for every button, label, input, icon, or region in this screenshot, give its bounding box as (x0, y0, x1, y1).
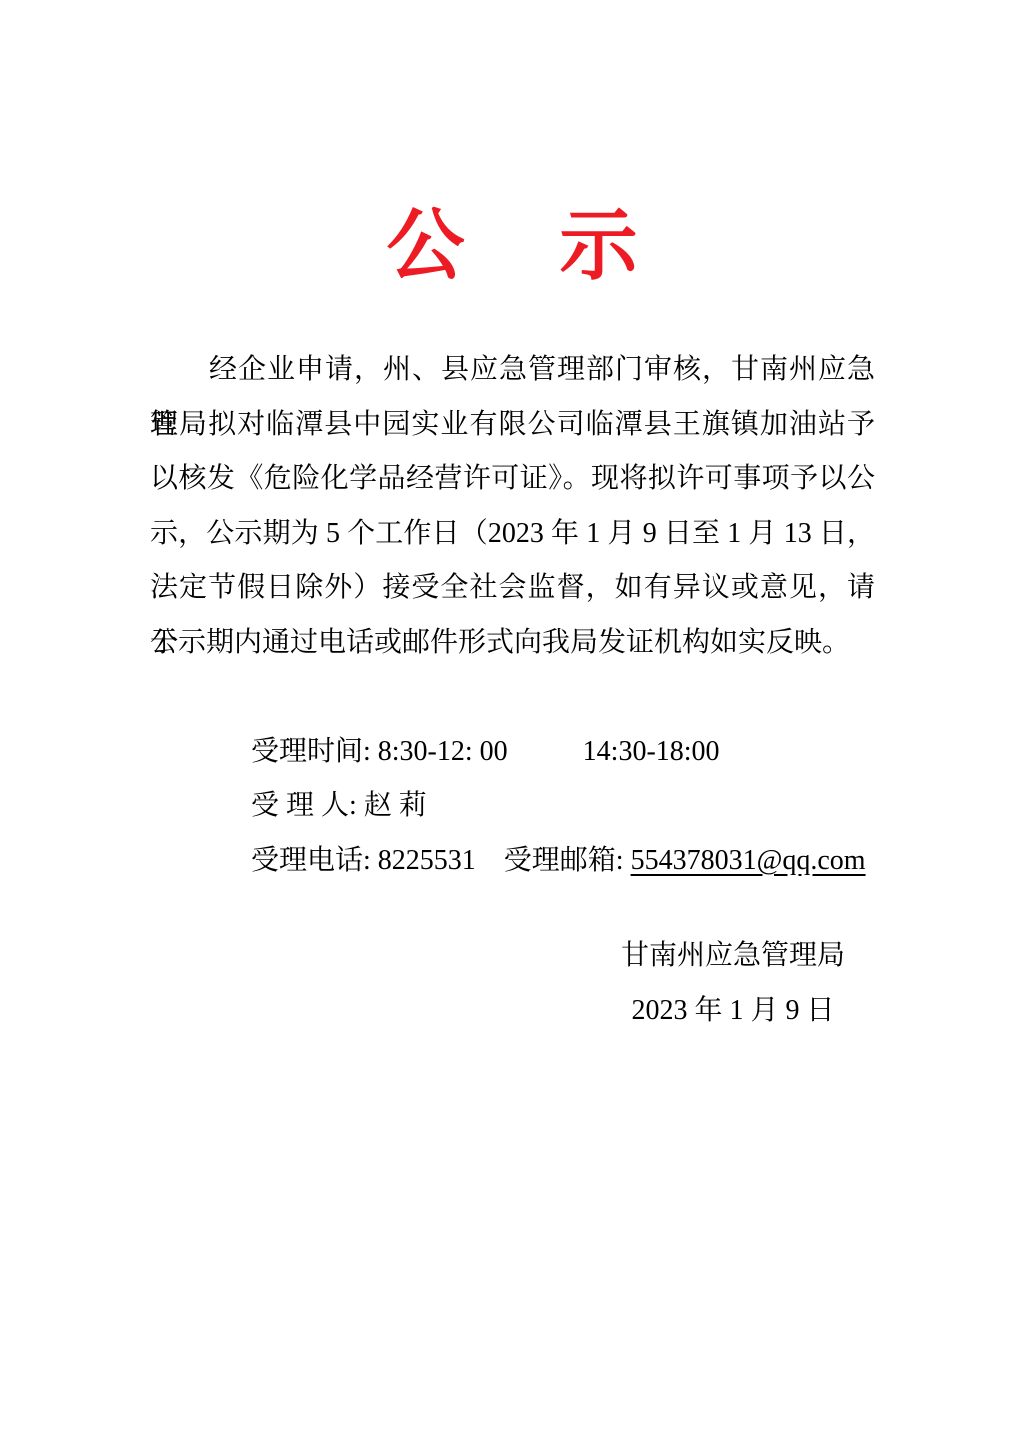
handler-name: 赵 莉 (364, 790, 427, 821)
notice-body: 经企业申请，州、县应急管理部门审核，甘南州应急管 理局拟对临潭县中园实业有限公司… (150, 343, 875, 834)
paragraph-line-5: 法定节假日除外）接受全社会监督，如有异议或意见，请于 (150, 561, 875, 616)
email-label: 受理邮箱: (504, 845, 631, 876)
paragraph-line-1: 经企业申请，州、县应急管理部门审核，甘南州应急管 (150, 343, 875, 398)
phone-label: 受理电话: (251, 845, 378, 876)
title-char-right: 示 (560, 202, 638, 290)
office-hours-line: 受理时间: 8:30-12: 0014:30-18:00 (150, 670, 875, 725)
handler-label: 受 理 人: (251, 790, 364, 821)
notice-page: 公 示 经企业申请，州、县应急管理部门审核，甘南州应急管 理局拟对临潭县中园实业… (0, 0, 1024, 1448)
paragraph-line-3: 以核发《危险化学品经营许可证》。现将拟许可事项予以公 (150, 452, 875, 507)
phone-number: 8225531 (378, 845, 476, 876)
email-address-link[interactable]: 554378031@qq.com (631, 845, 866, 876)
office-hours-afternoon: 14:30-18:00 (583, 736, 720, 767)
paragraph-line-6: 公示期内通过电话或邮件形式向我局发证机构如实反映。 (150, 616, 875, 671)
paragraph-line-2: 理局拟对临潭县中园实业有限公司临潭县王旗镇加油站予 (150, 398, 875, 453)
title-char-left: 公 (386, 202, 464, 290)
office-hours-morning: 8:30-12: 00 (378, 736, 508, 767)
signature-org: 甘南州应急管理局 (520, 928, 946, 983)
signature-date: 2023 年 1 月 9 日 (520, 983, 946, 1038)
signature-block: 甘南州应急管理局 2023 年 1 月 9 日 (520, 928, 946, 1038)
paragraph-line-4: 示，公示期为 5 个工作日（2023 年 1 月 9 日至 1 月 13 日， (150, 507, 875, 562)
office-hours-label: 受理时间: (251, 736, 378, 767)
notice-title: 公 示 (0, 202, 1024, 290)
